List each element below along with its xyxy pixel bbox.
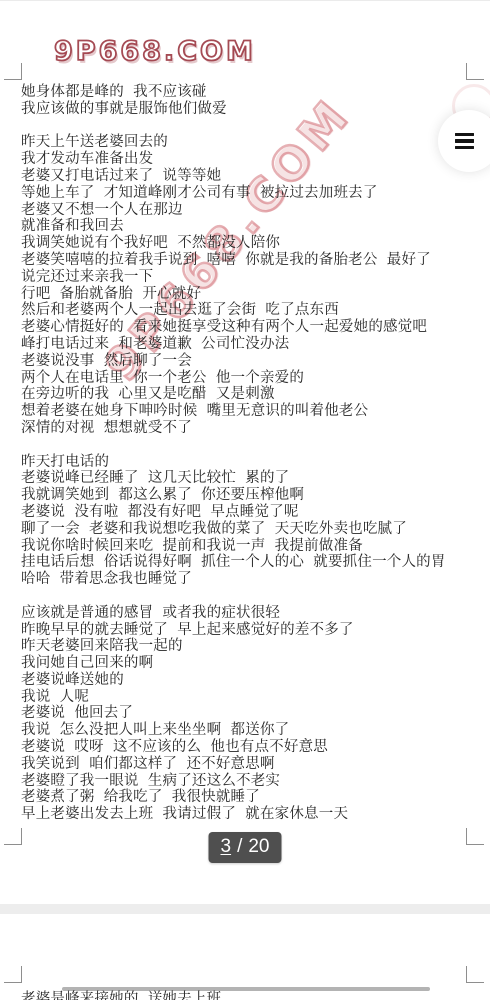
text-line: 我就调笑她到 都这么累了 你还要压榨他啊 — [21, 487, 471, 504]
text-line: 老婆说 哎呀 这不应该的么 他也有点不好意思 — [21, 739, 471, 756]
text-line: 我说你啥时候回来吃 提前和我说一声 我提前做准备 — [21, 538, 471, 555]
site-logo-watermark: 9P668.COM — [54, 36, 256, 67]
text-line: 应该就是普通的感冒 或者我的症状很轻 — [21, 605, 471, 622]
crop-mark-next-page-right — [466, 966, 484, 983]
crop-mark-top-right — [466, 63, 484, 80]
text-line: 老婆说 没有啦 都没有好吧 早点睡觉了呢 — [21, 504, 471, 521]
text-line: 老婆说 他回去了 — [21, 705, 471, 722]
text-line: 我应该做的事就是服饰他们做爱 — [21, 101, 471, 118]
text-line: 昨天老婆回来陪我一起的 — [21, 638, 471, 655]
text-line: 挂电话后想 俗话说得好啊 抓住一个人的心 就要抓住一个人的胃 — [21, 554, 471, 571]
text-line: 早上老婆出发去上班 我请过假了 就在家休息一天 — [21, 806, 471, 823]
crop-mark-bottom-left — [4, 828, 22, 845]
text-line: 两个人在电话里 你一个老公 他一个亲爱的 — [21, 370, 471, 387]
text-line: 老婆煮了粥 给我吃了 我很快就睡了 — [21, 789, 471, 806]
next-page-first-line: 老婆是峰来接她的 送她去上班 — [21, 991, 221, 1000]
top-divider — [0, 0, 490, 1]
text-line: 我说 人呢 — [21, 689, 471, 706]
text-line: 峰打电话过来 和老婆道歉 公司忙没办法 — [21, 336, 471, 353]
text-line: 等她上车了 才知道峰刚才公司有事 被拉过去加班去了 — [21, 185, 471, 202]
story-text-block: 她身体都是峰的 我不应该碰我应该做的事就是服饰他们做爱 昨天上午送老婆回去的我才… — [21, 84, 471, 823]
page-separator-band — [0, 904, 490, 914]
text-line — [21, 437, 471, 454]
text-line: 昨晚早早的就去睡觉了 早上起来感觉好的差不多了 — [21, 622, 471, 639]
text-line — [21, 588, 471, 605]
text-line — [21, 118, 471, 135]
text-line: 老婆笑嘻嘻的拉着我手说到 嘻嘻 你就是我的备胎老公 最好了 — [21, 252, 471, 269]
pager-separator: / — [237, 836, 242, 858]
text-line: 我笑说到 咱们都这样了 还不好意思啊 — [21, 756, 471, 773]
text-line: 老婆说峰已经睡了 这几天比较忙 累的了 — [21, 470, 471, 487]
text-line: 老婆又打电话过来了 说等等她 — [21, 168, 471, 185]
page-indicator[interactable]: 3 / 20 — [209, 832, 282, 863]
text-line: 就准备和我回去 — [21, 218, 471, 235]
text-line: 老婆又不想一个人在那边 — [21, 202, 471, 219]
crop-mark-next-page-left — [4, 966, 22, 983]
text-line: 老婆说没事 然后聊了一会 — [21, 353, 471, 370]
text-line: 老婆心情挺好的 看来她挺享受这种有两个人一起爱她的感觉吧 — [21, 319, 471, 336]
text-line: 说完还过来亲我一下 — [21, 269, 471, 286]
text-line: 昨天上午送老婆回去的 — [21, 134, 471, 151]
current-page[interactable]: 3 — [221, 836, 232, 858]
text-line: 聊了一会 老婆和我说想吃我做的菜了 天天吃外卖也吃腻了 — [21, 521, 471, 538]
text-line: 我问她自己回来的啊 — [21, 655, 471, 672]
text-line: 哈哈 带着思念我也睡觉了 — [21, 571, 471, 588]
text-line: 在旁边听的我 心里又是吃醋 又是刺激 — [21, 386, 471, 403]
total-pages: 20 — [248, 836, 269, 858]
text-line: 深情的对视 想想就受不了 — [21, 420, 471, 437]
hamburger-menu-icon — [455, 133, 474, 150]
crop-mark-top-left — [4, 63, 22, 80]
text-line: 她身体都是峰的 我不应该碰 — [21, 84, 471, 101]
text-line: 行吧 备胎就备胎 开心就好 — [21, 286, 471, 303]
text-line: 然后和老婆两个人一起出去逛了会街 吃了点东西 — [21, 302, 471, 319]
text-line: 我说 怎么没把人叫上来坐坐啊 都送你了 — [21, 722, 471, 739]
text-line: 昨天打电话的 — [21, 454, 471, 471]
text-line: 想着老婆在她身下呻吟时候 嘴里无意识的叫着他老公 — [21, 403, 471, 420]
text-line: 我调笑她说有个我好吧 不然都没人陪你 — [21, 235, 471, 252]
text-line: 我才发动车准备出发 — [21, 151, 471, 168]
text-line: 老婆说峰送她的 — [21, 672, 471, 689]
crop-mark-bottom-right — [466, 828, 484, 845]
text-line: 老婆瞪了我一眼说 生病了还这么不老实 — [21, 773, 471, 790]
